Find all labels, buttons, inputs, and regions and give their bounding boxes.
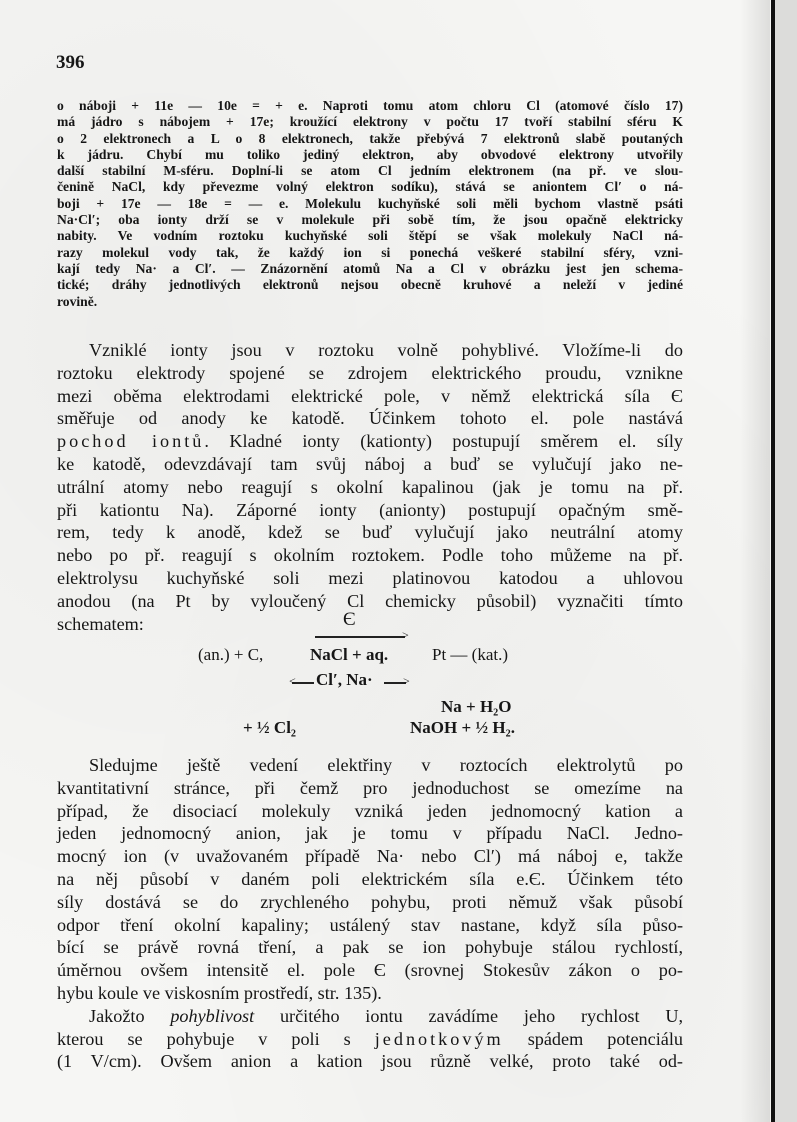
text-line: k jádru. Chybí mu toliko jediný elektron…: [57, 147, 683, 163]
text-line: kterou se pohybuje v poli s jednotkovým …: [57, 1028, 683, 1051]
text-line: anodou (na Pt by vyloučený Cl chemicky p…: [57, 590, 683, 613]
text-line: rovině.: [57, 294, 683, 310]
text-line: elektrolysu kuchyňské soli mezi platinov…: [57, 567, 683, 590]
text-line: nebo po př. reagují s okolním roztokem. …: [57, 544, 683, 567]
text-line: Na·Cl′; oba ionty drží se v molekule při…: [57, 212, 683, 228]
text-line: nabity. Ve vodním roztoku kuchyňské soli…: [57, 228, 683, 244]
text-line: o 2 elektronech a L o 8 elektronech, tak…: [57, 131, 683, 147]
text-line: při kationtu Na). Záporné ionty (anionty…: [57, 499, 683, 522]
text-line: čenině NaCl, kdy převezme volný elektron…: [57, 179, 683, 195]
text-line: Jakožto pohyblivost určitého iontu zavád…: [57, 1005, 683, 1028]
text-line: Sledujme ještě vedení elektřiny v roztoc…: [57, 754, 683, 777]
text-line: další stabilní M-sféru. Doplní-li se ato…: [57, 163, 683, 179]
text-line: rem, tedy k anodě, kdež se buď vylučují …: [57, 521, 683, 544]
text-line: utrální atomy nebo reagují s okolní kapa…: [57, 476, 683, 499]
text-line: boji + 17e — 18e = — e. Molekulu kuchyňs…: [57, 196, 683, 212]
text-line: Vzniklé ionty jsou v roztoku volně pohyb…: [57, 339, 683, 362]
text-line: ke katodě, odevzdávají tam svůj náboj a …: [57, 453, 683, 476]
text-line: mocný ion (v uvažovaném případě Na· nebo…: [57, 845, 683, 868]
text-line: schematem:: [57, 613, 683, 636]
page-number: 396: [56, 52, 85, 74]
text-line: bící se právě rovná tření, a pak se ion …: [57, 936, 683, 959]
text-line: síly dostává se do zrychleného pohybu, p…: [57, 891, 683, 914]
text-line: jeden jednomocný anion, jak je tomu v př…: [57, 822, 683, 845]
emphasized-term: jednotkovým: [375, 1029, 504, 1049]
text-line: na něj působí v daném poli elektrickém s…: [57, 868, 683, 891]
text-line: tické; dráhy jednotlivých elektronů nejs…: [57, 277, 683, 293]
text-line: hybu koule ve viskosním prostředí, str. …: [57, 982, 683, 1005]
text-line: úměrnou ovšem intensitě el. pole Є (srov…: [57, 959, 683, 982]
page-edge-shadow: [740, 0, 770, 1122]
text-line: odpor tření okolní kapaliny; ustálený st…: [57, 914, 683, 937]
paragraph-quantitative: Sledujme ještě vedení elektřiny v roztoc…: [57, 754, 683, 1073]
text-line: mezi oběma elektrodami elektrické pole, …: [57, 385, 683, 408]
paragraph-ion-migration: Vzniklé ionty jsou v roztoku volně pohyb…: [57, 339, 683, 635]
adjacent-page-strip: [775, 0, 797, 1122]
emphasized-term: pochod iontů: [57, 431, 204, 451]
text-line: kvantitativní stránce, při čemž pro jedn…: [57, 777, 683, 800]
footnote-paragraph: o náboji + 11e — 10e = + e. Naproti tomu…: [57, 98, 683, 310]
text-line: případ, že disociací molekuly vzniká jed…: [57, 800, 683, 823]
text-line: roztoku elektrody spojené se zdrojem ele…: [57, 362, 683, 385]
text-line: o náboji + 11e — 10e = + e. Naproti tomu…: [57, 98, 683, 114]
text-line: (1 V/cm). Ovšem anion a kation jsou různ…: [57, 1050, 683, 1073]
text-line: kají tedy Na· a Cl′. — Znázornění atomů …: [57, 261, 683, 277]
emphasized-term: pohyblivost: [170, 1006, 254, 1026]
text-line: směřuje od anody ke katodě. Účinkem toho…: [57, 407, 683, 430]
text-line: razy molekul vody tak, že každý ion si p…: [57, 245, 683, 261]
text-line: má jádro s nábojem + 17e; kroužící elekt…: [57, 114, 683, 130]
text-line: pochod iontů. Kladné ionty (kationty) po…: [57, 430, 683, 453]
